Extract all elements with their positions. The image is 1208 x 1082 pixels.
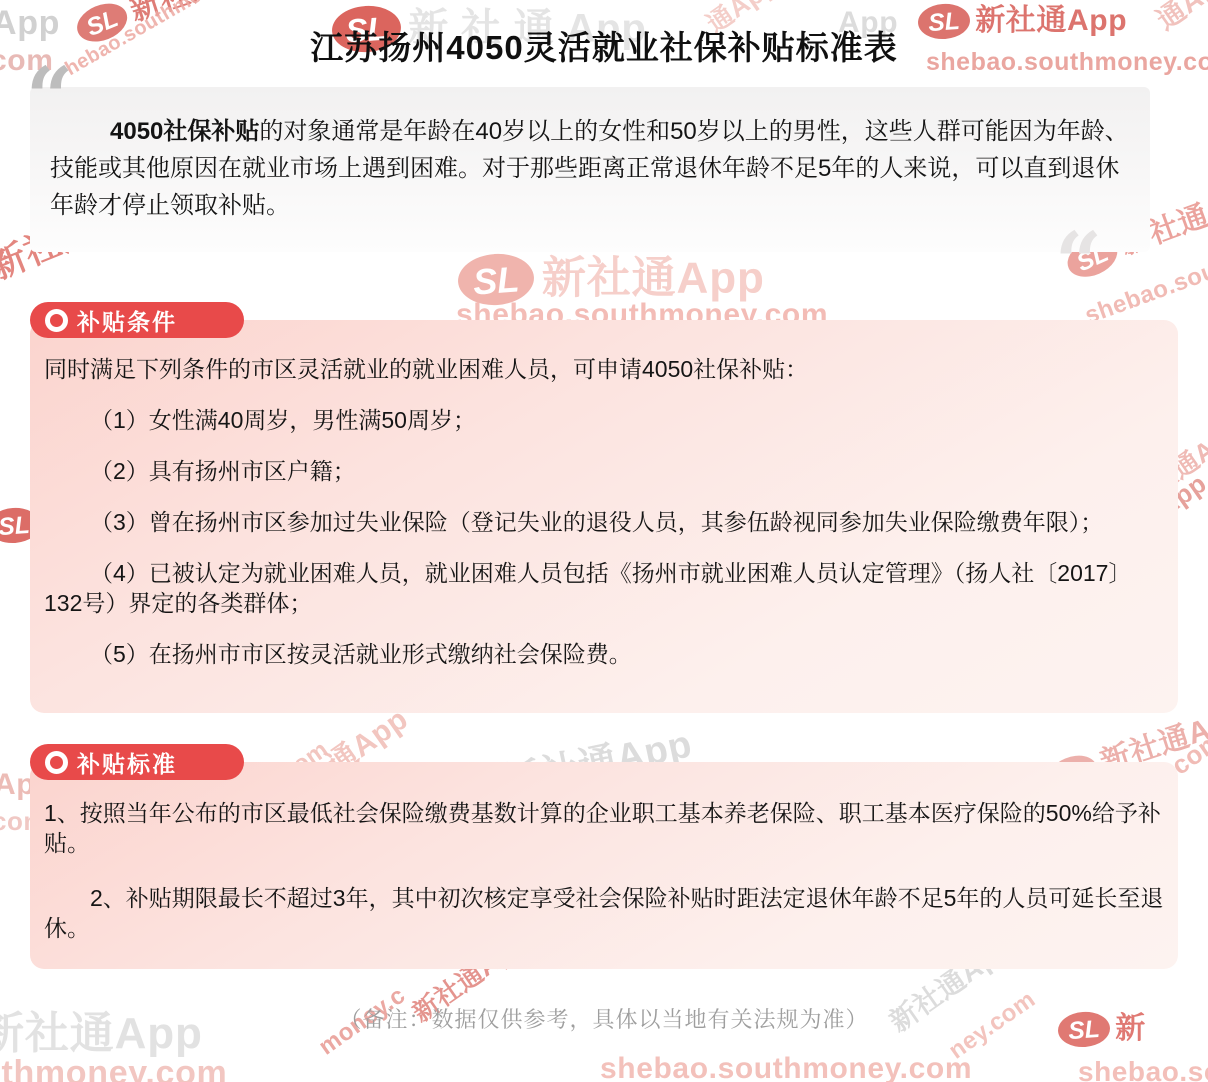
section-standards: 补贴标准 1、按照当年公布的市区最低社会保险缴费基数计算的企业职工基本养老保险、… — [30, 744, 1178, 969]
standard-item-2: 2、补贴期限最长不超过3年，其中初次核定享受社会保险补贴时距法定退休年龄不足5年… — [44, 883, 1164, 943]
standard-item-1: 1、按照当年公布的市区最低社会保险缴费基数计算的企业职工基本养老保险、职工基本医… — [44, 798, 1164, 858]
conditions-intro: 同时满足下列条件的市区灵活就业的就业困难人员，可申请4050社保补贴： — [44, 354, 1164, 384]
footer-note: （备注：数据仅供参考，具体以当地有关法规为准） — [0, 1003, 1208, 1034]
conditions-badge: 补贴条件 — [30, 302, 244, 338]
condition-item-1: （1）女性满40周岁，男性满50周岁； — [44, 405, 1164, 435]
conditions-panel: 同时满足下列条件的市区灵活就业的就业困难人员，可申请4050社保补贴： （1）女… — [30, 320, 1178, 713]
standards-badge: 补贴标准 — [30, 744, 244, 780]
intro-paragraph: 4050社保补贴的对象通常是年龄在40岁以上的女性和50岁以上的男性，这些人群可… — [50, 113, 1130, 224]
standards-badge-label: 补贴标准 — [77, 746, 177, 779]
document: 江苏扬州4050灵活就业社保补贴标准表 “ 4050社保补贴的对象通常是年龄在4… — [0, 0, 1208, 1082]
condition-item-4: （4）已被认定为就业困难人员，就业困难人员包括《扬州市就业困难人员认定管理》（扬… — [44, 558, 1164, 618]
condition-item-3: （3）曾在扬州市区参加过失业保险（登记失业的退役人员，其参伍龄视同参加失业保险缴… — [44, 507, 1164, 537]
section-conditions: 补贴条件 同时满足下列条件的市区灵活就业的就业困难人员，可申请4050社保补贴：… — [30, 302, 1178, 713]
close-quote-icon: “ — [1055, 222, 1102, 304]
circle-bullet-icon — [45, 309, 68, 332]
standards-panel: 1、按照当年公布的市区最低社会保险缴费基数计算的企业职工基本养老保险、职工基本医… — [30, 762, 1178, 969]
intro-lead-bold: 4050社保补贴 — [110, 118, 259, 145]
conditions-badge-label: 补贴条件 — [77, 304, 177, 337]
circle-bullet-icon — [45, 751, 68, 774]
condition-item-5: （5）在扬州市市区按灵活就业形式缴纳社会保险费。 — [44, 639, 1164, 669]
condition-item-2: （2）具有扬州市区户籍； — [44, 456, 1164, 486]
page-title: 江苏扬州4050灵活就业社保补贴标准表 — [0, 22, 1208, 69]
intro-quote-box: “ 4050社保补贴的对象通常是年龄在40岁以上的女性和50岁以上的男性，这些人… — [30, 87, 1150, 252]
